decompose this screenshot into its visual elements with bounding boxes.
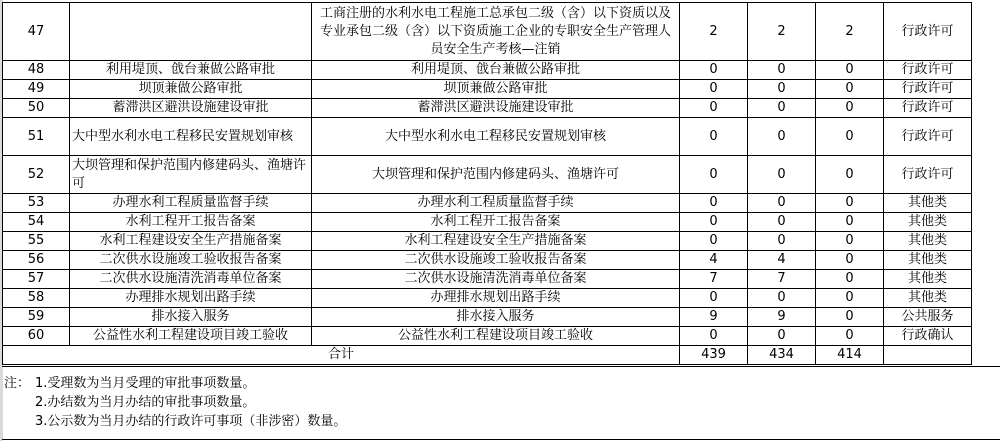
total-row: 合计 439 434 414 (3, 346, 972, 365)
table-row: 60 公益性水利工程建设项目竣工验收 公益性水利工程建设项目竣工验收 0 0 0… (3, 327, 972, 346)
item-type: 公共服务 (884, 308, 972, 327)
row-number: 51 (3, 118, 70, 156)
published-count: 0 (816, 270, 884, 289)
published-count: 0 (816, 213, 884, 232)
category-name: 办理排水规划出路手续 (70, 289, 312, 308)
category-name: 坝顶兼做公路审批 (70, 80, 312, 99)
item-name: 办理水利工程质量监督手续 (312, 194, 680, 213)
item-name: 排水接入服务 (312, 308, 680, 327)
row-number: 47 (3, 3, 70, 61)
category-name: 办理水利工程质量监督手续 (70, 194, 312, 213)
category-name: 公益性水利工程建设项目竣工验收 (70, 327, 312, 346)
accepted-count: 9 (680, 308, 748, 327)
accepted-count: 0 (680, 61, 748, 80)
item-type: 其他类 (884, 232, 972, 251)
table-row: 49 坝顶兼做公路审批 坝顶兼做公路审批 0 0 0 行政许可 (3, 80, 972, 99)
accepted-count: 0 (680, 80, 748, 99)
published-count: 2 (816, 3, 884, 61)
item-type: 行政许可 (884, 99, 972, 118)
completed-count: 0 (748, 80, 816, 99)
item-type: 行政许可 (884, 118, 972, 156)
item-type: 行政确认 (884, 327, 972, 346)
accepted-count: 0 (680, 99, 748, 118)
item-name: 坝顶兼做公路审批 (312, 80, 680, 99)
item-name: 工商注册的水利水电工程施工总承包二级（含）以下资质以及专业承包二级（含）以下资质… (312, 3, 680, 61)
completed-count: 0 (748, 289, 816, 308)
item-type: 其他类 (884, 289, 972, 308)
note-line: 3.公示数为当月办结的行政许可事项（非涉密）数量。 (35, 413, 346, 431)
row-number: 49 (3, 80, 70, 99)
row-number: 52 (3, 156, 70, 194)
table-row: 59 排水接入服务 排水接入服务 9 9 0 公共服务 (3, 308, 972, 327)
total-published: 414 (816, 346, 884, 365)
completed-count: 0 (748, 232, 816, 251)
item-type: 行政许可 (884, 3, 972, 61)
published-count: 0 (816, 118, 884, 156)
table-row: 51 大中型水利水电工程移民安置规划审核 大中型水利水电工程移民安置规划审核 0… (3, 118, 972, 156)
item-name: 公益性水利工程建设项目竣工验收 (312, 327, 680, 346)
item-name: 办理排水规划出路手续 (312, 289, 680, 308)
item-type: 行政许可 (884, 61, 972, 80)
approval-statistics-table: 47 工商注册的水利水电工程施工总承包二级（含）以下资质以及专业承包二级（含）以… (2, 2, 972, 365)
item-name: 二次供水设施清洗消毒单位备案 (312, 270, 680, 289)
row-number: 48 (3, 61, 70, 80)
row-number: 54 (3, 213, 70, 232)
published-count: 0 (816, 251, 884, 270)
note-line: 1.受理数为当月受理的审批事项数量。 (35, 375, 255, 393)
table-row: 55 水利工程建设安全生产措施备案 水利工程建设安全生产措施备案 0 0 0 其… (3, 232, 972, 251)
item-type: 其他类 (884, 213, 972, 232)
completed-count: 0 (748, 99, 816, 118)
total-label: 合计 (3, 346, 680, 365)
published-count: 0 (816, 156, 884, 194)
accepted-count: 0 (680, 213, 748, 232)
category-name: 二次供水设施竣工验收报告备案 (70, 251, 312, 270)
category-name: 水利工程开工报告备案 (70, 213, 312, 232)
category-name: 二次供水设施清洗消毒单位备案 (70, 270, 312, 289)
row-number: 55 (3, 232, 70, 251)
category-name: 水利工程建设安全生产措施备案 (70, 232, 312, 251)
notes-section: 注： 1.受理数为当月受理的审批事项数量。 2.办结数为当月办结的审批事项数量。… (2, 366, 1000, 440)
completed-count: 0 (748, 118, 816, 156)
completed-count: 0 (748, 213, 816, 232)
item-type: 行政许可 (884, 156, 972, 194)
category-name: 利用堤顶、戗台兼做公路审批 (70, 61, 312, 80)
item-name: 利用堤顶、戗台兼做公路审批 (312, 61, 680, 80)
item-name: 蓄滞洪区避洪设施建设审批 (312, 99, 680, 118)
total-completed: 434 (748, 346, 816, 365)
accepted-count: 2 (680, 3, 748, 61)
table-row: 57 二次供水设施清洗消毒单位备案 二次供水设施清洗消毒单位备案 7 7 0 其… (3, 270, 972, 289)
table-row: 50 蓄滞洪区避洪设施建设审批 蓄滞洪区避洪设施建设审批 0 0 0 行政许可 (3, 99, 972, 118)
note-line: 2.办结数为当月办结的审批事项数量。 (35, 394, 255, 412)
accepted-count: 0 (680, 327, 748, 346)
item-type: 其他类 (884, 194, 972, 213)
table-row: 58 办理排水规划出路手续 办理排水规划出路手续 0 0 0 其他类 (3, 289, 972, 308)
category-name: 大坝管理和保护范围内修建码头、渔塘许可 (70, 156, 312, 194)
completed-count: 7 (748, 270, 816, 289)
item-name: 大中型水利水电工程移民安置规划审核 (312, 118, 680, 156)
published-count: 0 (816, 61, 884, 80)
table-row: 52 大坝管理和保护范围内修建码头、渔塘许可 大坝管理和保护范围内修建码头、渔塘… (3, 156, 972, 194)
table-row: 48 利用堤顶、戗台兼做公路审批 利用堤顶、戗台兼做公路审批 0 0 0 行政许… (3, 61, 972, 80)
notes-prefix: 注： (4, 375, 30, 393)
completed-count: 0 (748, 327, 816, 346)
item-name: 水利工程开工报告备案 (312, 213, 680, 232)
row-number: 60 (3, 327, 70, 346)
completed-count: 2 (748, 3, 816, 61)
row-number: 56 (3, 251, 70, 270)
accepted-count: 0 (680, 118, 748, 156)
item-name: 大坝管理和保护范围内修建码头、渔塘许可 (312, 156, 680, 194)
item-name: 水利工程建设安全生产措施备案 (312, 232, 680, 251)
published-count: 0 (816, 80, 884, 99)
accepted-count: 7 (680, 270, 748, 289)
accepted-count: 4 (680, 251, 748, 270)
completed-count: 0 (748, 194, 816, 213)
item-type: 其他类 (884, 270, 972, 289)
accepted-count: 0 (680, 156, 748, 194)
row-number: 50 (3, 99, 70, 118)
accepted-count: 0 (680, 232, 748, 251)
category-name: 大中型水利水电工程移民安置规划审核 (70, 118, 312, 156)
row-number: 58 (3, 289, 70, 308)
published-count: 0 (816, 194, 884, 213)
row-number: 53 (3, 194, 70, 213)
total-accepted: 439 (680, 346, 748, 365)
completed-count: 0 (748, 61, 816, 80)
published-count: 0 (816, 327, 884, 346)
category-name: 排水接入服务 (70, 308, 312, 327)
published-count: 0 (816, 308, 884, 327)
table-row: 53 办理水利工程质量监督手续 办理水利工程质量监督手续 0 0 0 其他类 (3, 194, 972, 213)
row-number: 57 (3, 270, 70, 289)
completed-count: 9 (748, 308, 816, 327)
table-row: 56 二次供水设施竣工验收报告备案 二次供水设施竣工验收报告备案 4 4 0 其… (3, 251, 972, 270)
table-row: 54 水利工程开工报告备案 水利工程开工报告备案 0 0 0 其他类 (3, 213, 972, 232)
total-type (884, 346, 972, 365)
item-type: 行政许可 (884, 80, 972, 99)
published-count: 0 (816, 289, 884, 308)
published-count: 0 (816, 99, 884, 118)
row-number: 59 (3, 308, 70, 327)
published-count: 0 (816, 232, 884, 251)
category-name (70, 3, 312, 61)
completed-count: 0 (748, 156, 816, 194)
accepted-count: 0 (680, 194, 748, 213)
category-name: 蓄滞洪区避洪设施建设审批 (70, 99, 312, 118)
table-row: 47 工商注册的水利水电工程施工总承包二级（含）以下资质以及专业承包二级（含）以… (3, 3, 972, 61)
item-name: 二次供水设施竣工验收报告备案 (312, 251, 680, 270)
completed-count: 4 (748, 251, 816, 270)
accepted-count: 0 (680, 289, 748, 308)
item-type: 其他类 (884, 251, 972, 270)
